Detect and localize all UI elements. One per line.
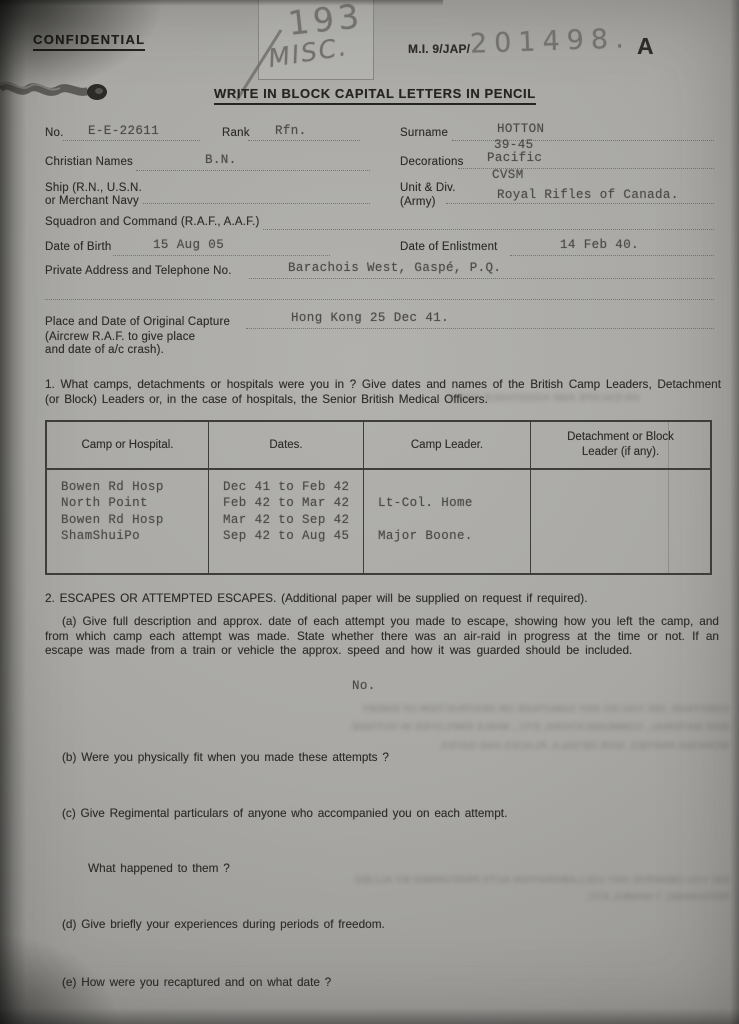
surname-label: Surname — [400, 127, 448, 139]
table-cell: Feb 42 to Mar 42 — [223, 496, 357, 512]
decorations-label: Decorations — [400, 156, 464, 168]
decorations-value: Pacific — [487, 151, 542, 165]
camps-table-header-detachment: Detachment or Block Leader (if any). — [531, 422, 710, 468]
confidential-stamp: CONFIDENTIAL — [33, 32, 145, 51]
ship-label-line2: or Merchant Navy — [45, 195, 139, 207]
table-cell: Sep 42 to Aug 45 — [223, 529, 357, 545]
date-of-enlistment-label: Date of Enlistment — [400, 241, 498, 253]
bleed-through-text: DID YOU OBSERVE ANY COLLABORATION ACTS P… — [300, 872, 730, 906]
christian-names-label: Christian Names — [45, 156, 133, 168]
table-cell: Bowen Rd Hosp — [61, 480, 202, 496]
capture-value: Hong Kong 25 Dec 41. — [291, 311, 449, 325]
camps-table: Camp or Hospital. Dates. Camp Leader. De… — [45, 420, 712, 575]
table-cell — [545, 513, 704, 529]
unit-div-label-line1: Unit & Div. — [400, 182, 456, 194]
ship-label-line1: Ship (R.N., U.S.N. — [45, 182, 142, 194]
christian-names-value: B.N. — [205, 153, 237, 167]
camps-table-header-dates: Dates. — [209, 422, 364, 468]
page-edge-shadow-left — [0, 0, 26, 1024]
no-label: No. — [45, 127, 64, 139]
unit-div-label-line2: (Army) — [400, 196, 436, 208]
camps-table-header-leader: Camp Leader. — [364, 422, 531, 468]
camps-table-col-dates: Dec 41 to Feb 42 Feb 42 to Mar 42 Mar 42… — [209, 470, 364, 573]
question-2a-text: (a) Give full description and approx. da… — [45, 614, 719, 658]
binding-string — [0, 70, 125, 115]
table-cell: Lt-Col. Home — [378, 496, 524, 512]
capture-note-line2: and date of a/c crash). — [45, 344, 164, 356]
table-cell: Bowen Rd Hosp — [61, 513, 202, 529]
capture-note-line1: (Aircrew R.A.F. to give place — [45, 331, 195, 343]
scanned-pow-questionnaire-page: ON ESCAPE AND ASSISTANCE GIVEN SABOTAGE.… — [0, 0, 739, 1024]
capture-label: Place and Date of Original Capture — [45, 316, 230, 328]
table-cell — [378, 513, 524, 529]
unit-div-value: Royal Rifles of Canada. — [497, 188, 679, 202]
no-value: E-E-22611 — [88, 124, 159, 138]
ship-line — [143, 203, 370, 204]
camps-table-body: Bowen Rd Hosp North Point Bowen Rd Hosp … — [47, 470, 710, 573]
private-address-line-2 — [45, 299, 714, 300]
rank-value: Rfn. — [275, 124, 307, 138]
table-cell: Dec 41 to Feb 42 — [223, 480, 357, 496]
question-2e-text: (e) How were you recaptured and on what … — [62, 975, 662, 990]
page-edge-shadow-right — [730, 0, 739, 1024]
table-cell: ShamShuiPo — [61, 529, 202, 545]
form-ref-label: M.I. 9/JAP/ — [408, 42, 470, 56]
bleed-through-text: SABOTAGE. DID YOU DO ANY SABOTAGE OR DES… — [345, 700, 730, 755]
christian-names-line — [136, 170, 370, 171]
camps-table-col-detachment — [531, 470, 710, 573]
surname-value: HOTTON — [497, 122, 544, 136]
camps-table-header-row: Camp or Hospital. Dates. Camp Leader. De… — [47, 422, 710, 470]
form-ref-number-handwritten: 201498. — [470, 23, 632, 60]
squadron-label: Squadron and Command (R.A.F., A.A.F.) — [45, 216, 260, 228]
table-cell — [545, 529, 704, 545]
question-2-heading: 2. ESCAPES OR ATTEMPTED ESCAPES. (Additi… — [45, 591, 725, 606]
unit-div-line — [446, 203, 714, 204]
date-of-enlistment-value: 14 Feb 40. — [560, 238, 639, 252]
question-2a-answer: No. — [352, 679, 376, 693]
question-2c-text: (c) Give Regimental particulars of anyon… — [62, 806, 702, 821]
question-1-text: 1. What camps, detachments or hospitals … — [45, 377, 721, 406]
squadron-line — [263, 229, 714, 230]
date-of-birth-line — [113, 255, 330, 256]
question-2b-text: (b) Were you physically fit when you mad… — [62, 750, 662, 765]
table-cell: Major Boone. — [378, 529, 524, 545]
decoration-39-45-value: 39-45 — [494, 138, 534, 152]
private-address-value: Barachois West, Gaspé, P.Q. — [288, 261, 501, 275]
rank-label: Rank — [222, 127, 250, 139]
page-edge-shadow-bottom — [0, 1008, 739, 1024]
table-cell: North Point — [61, 496, 202, 512]
table-cell — [378, 480, 524, 496]
camps-table-header-camp: Camp or Hospital. — [47, 422, 209, 468]
camps-table-col-leader: Lt-Col. Home Major Boone. — [364, 470, 531, 573]
decorations-cvsm-value: CVSM — [492, 168, 524, 182]
table-cell — [545, 480, 704, 496]
private-address-line — [249, 278, 714, 279]
page-edge-shadow-top — [0, 0, 443, 6]
question-2d-text: (d) Give briefly your experiences during… — [62, 917, 662, 932]
date-of-birth-value: 15 Aug 05 — [153, 238, 224, 252]
table-cell — [545, 496, 704, 512]
question-2c2-text: What happened to them ? — [88, 861, 488, 876]
date-of-birth-label: Date of Birth — [45, 241, 112, 253]
table-cell: Mar 42 to Sep 42 — [223, 513, 357, 529]
write-instruction: WRITE IN BLOCK CAPITAL LETTERS IN PENCIL — [214, 86, 536, 105]
camps-table-col-camp: Bowen Rd Hosp North Point Bowen Rd Hosp … — [47, 470, 209, 573]
private-address-label: Private Address and Telephone No. — [45, 265, 232, 277]
capture-line — [246, 328, 714, 329]
surname-line — [452, 140, 714, 141]
form-ref-suffix: A — [637, 33, 654, 60]
date-of-enlistment-line — [510, 255, 714, 256]
rank-line — [248, 140, 360, 141]
no-line — [63, 140, 200, 141]
ghost-table-rule — [668, 421, 669, 574]
